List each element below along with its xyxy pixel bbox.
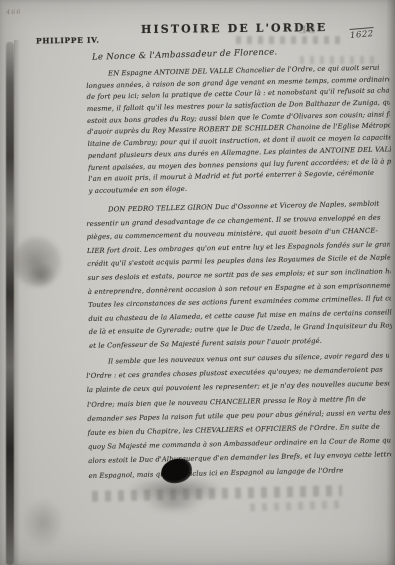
paper-stain [14, 236, 62, 288]
bleed-through-fragment: DE [299, 25, 316, 37]
paper-stain [26, 262, 56, 288]
paper-stain [22, 498, 64, 548]
page-edge-highlight [14, 40, 20, 565]
folio-number: 1622 [350, 27, 375, 41]
paragraph-2: DON PEDRO TELLEZ GIRON Duc d'Ossonne et … [86, 199, 392, 355]
bleed-through-text [250, 500, 340, 511]
book-gutter-shadow [6, 42, 14, 565]
bleed-through-text [236, 36, 346, 44]
manuscript-page-scan: 466 HISTOIRE DE L'ORDRE DE 1622 PHILIPPE… [0, 0, 395, 565]
ink-smudge [146, 496, 201, 512]
corner-mark: 466 [6, 8, 22, 17]
margin-note-philippe-iv: PHILIPPE IV. [36, 36, 100, 46]
section-heading: Le Nonce & l'Ambassadeur de Florence. [92, 47, 278, 62]
bleed-through-text [300, 56, 380, 64]
paragraph-1: EN Espagne ANTOINE DEL VALLE Chancelier … [86, 63, 392, 198]
paragraph-3: Il semble que les nouveaux venus ont sur… [86, 351, 392, 485]
